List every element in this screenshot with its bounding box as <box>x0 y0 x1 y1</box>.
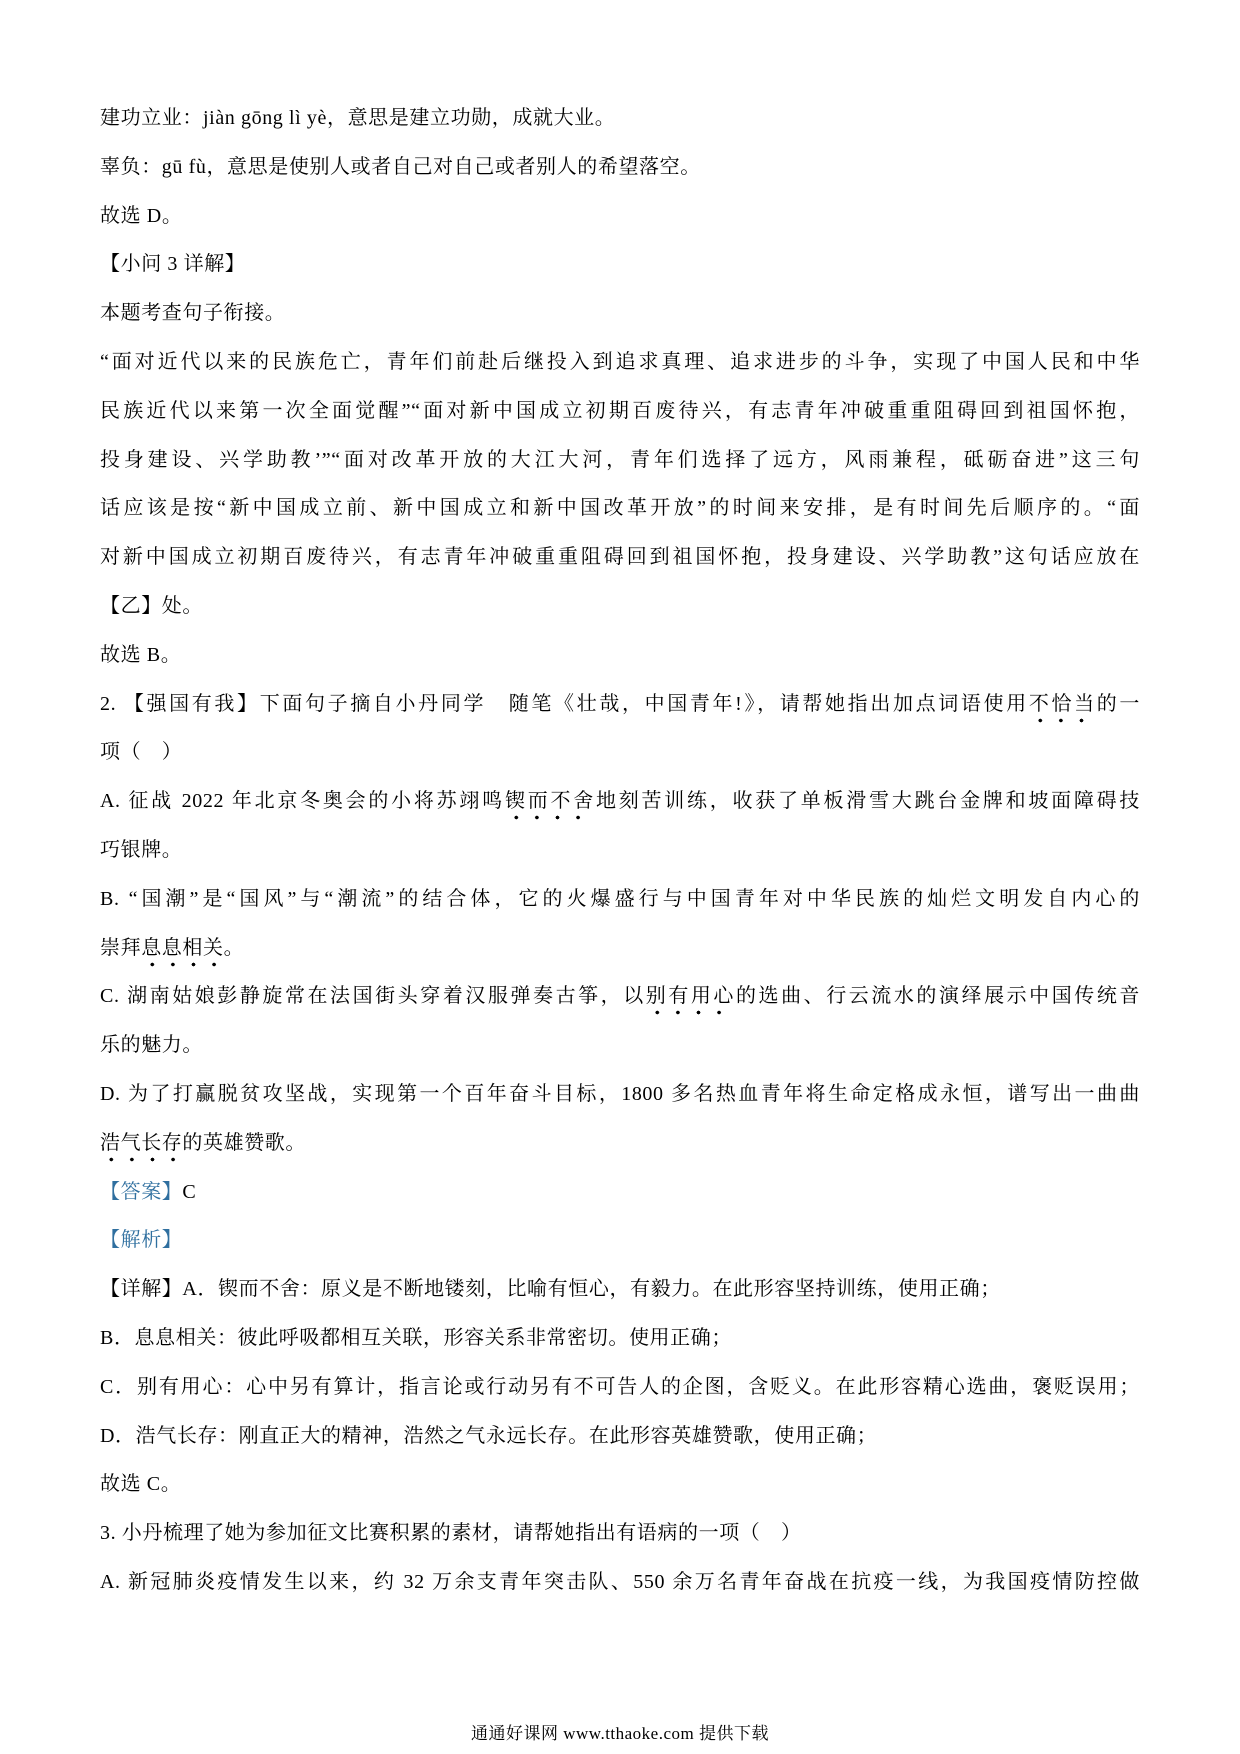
emphasized-text: 锲而不舍 <box>505 790 596 821</box>
text-segment: “面对近代以来的民族危亡，青年们前赴后继投入到追求真理、追求进步的斗争，实现了中… <box>100 351 1140 373</box>
text-line: D. 为了打赢脱贫攻坚战，实现第一个百年奋斗目标，1800 多名热血青年将生命定… <box>100 1070 1140 1119</box>
text-line: 对新中国成立初期百废待兴，有志青年冲破重重阻碍回到祖国怀抱，投身建设、兴学助教”… <box>100 533 1140 582</box>
text-line: 3. 小丹梳理了她为参加征文比赛积累的素材，请帮她指出有语病的一项（ ） <box>100 1509 1140 1558</box>
text-line: 崇拜息息相关。 <box>100 924 1140 973</box>
text-segment: 的选曲、行云流水的演绎展示中国传统音 <box>736 985 1140 1007</box>
text-segment: 地刻苦训练，收获了单板滑雪大跳台金牌和坡面障碍技 <box>596 790 1140 812</box>
text-line: 故选 C。 <box>100 1460 1140 1509</box>
text-line: 投身建设、兴学助教’”“面对改革开放的大江大河，青年们选择了远方，风雨兼程，砥砺… <box>100 436 1140 485</box>
text-segment: 话应该是按“新中国成立前、新中国成立和新中国改革开放”的时间来安排，是有时间先后… <box>100 497 1140 519</box>
text-segment: B．息息相关：彼此呼吸都相互关联，形容关系非常密切。使用正确； <box>100 1327 732 1349</box>
text-segment: C．别有用心：心中另有算计，指言论或行动另有不可告人的企图，含贬义。在此形容精心… <box>100 1376 1140 1398</box>
text-segment: 崇拜 <box>100 937 141 959</box>
text-line: 乐的魅力。 <box>100 1021 1140 1070</box>
text-segment: 故选 D。 <box>100 205 182 227</box>
text-segment: A. 征战 2022 年北京冬奥会的小将苏翊鸣 <box>100 790 505 812</box>
text-segment: 故选 C。 <box>100 1473 181 1495</box>
text-line: 本题考查句子衔接。 <box>100 289 1140 338</box>
text-segment: 【详解】A．锲而不舍：原义是不断地镂刻，比喻有恒心，有毅力。在此形容坚持训练，使… <box>100 1278 1001 1300</box>
text-segment: 【乙】处。 <box>100 595 203 617</box>
emphasized-text: 浩气长存 <box>100 1132 182 1163</box>
text-line: 【答案】C <box>100 1168 1140 1217</box>
text-segment: 【答案】 <box>100 1181 182 1203</box>
emphasized-text: 别有用心 <box>646 985 736 1016</box>
text-line: A. 新冠肺炎疫情发生以来，约 32 万余支青年突击队、550 余万名青年奋战在… <box>100 1558 1140 1607</box>
text-segment: 建功立业：jiàn gōng lì yè，意思是建立功勋，成就大业。 <box>100 107 615 129</box>
text-segment: 巧银牌。 <box>100 839 182 861</box>
text-segment: 投身建设、兴学助教’”“面对改革开放的大江大河，青年们选择了远方，风雨兼程，砥砺… <box>100 449 1140 471</box>
footer-watermark-text: 通通好课网 www.tthaoke.com 提供下载 <box>471 1724 769 1743</box>
text-segment: 乐的魅力。 <box>100 1034 203 1056</box>
text-segment: 民族近代以来第一次全面觉醒”“面对新中国成立初期百废待兴，有志青年冲破重重阻碍回… <box>100 400 1140 422</box>
text-line: 浩气长存的英雄赞歌。 <box>100 1119 1140 1168</box>
text-line: 民族近代以来第一次全面觉醒”“面对新中国成立初期百废待兴，有志青年冲破重重阻碍回… <box>100 387 1140 436</box>
text-segment: 对新中国成立初期百废待兴，有志青年冲破重重阻碍回到祖国怀抱，投身建设、兴学助教”… <box>100 546 1140 568</box>
text-segment: 的英雄赞歌。 <box>182 1132 306 1154</box>
text-segment: 故选 B。 <box>100 644 181 666</box>
text-segment: C. 湖南姑娘彭静旋常在法国街头穿着汉服弹奏古筝，以 <box>100 985 646 1007</box>
text-segment: A. 新冠肺炎疫情发生以来，约 32 万余支青年突击队、550 余万名青年奋战在… <box>100 1571 1140 1593</box>
text-segment: 2. 【强国有我】下面句子摘自小丹同学 随笔《壮哉，中国青年!》，请帮她指出加点… <box>100 693 1029 715</box>
text-segment: 。 <box>224 937 245 959</box>
document-body: 建功立业：jiàn gōng lì yè，意思是建立功勋，成就大业。辜负：gū … <box>100 94 1140 1607</box>
text-line: 【详解】A．锲而不舍：原义是不断地镂刻，比喻有恒心，有毅力。在此形容坚持训练，使… <box>100 1265 1140 1314</box>
text-line: B．息息相关：彼此呼吸都相互关联，形容关系非常密切。使用正确； <box>100 1314 1140 1363</box>
text-segment: 本题考查句子衔接。 <box>100 302 285 324</box>
document-page: 建功立业：jiàn gōng lì yè，意思是建立功勋，成就大业。辜负：gū … <box>0 0 1240 1754</box>
text-line: D．浩气长存：刚直正大的精神，浩然之气永远长存。在此形容英雄赞歌，使用正确； <box>100 1412 1140 1461</box>
text-line: 【乙】处。 <box>100 582 1140 631</box>
text-segment: 【小问 3 详解】 <box>100 253 245 275</box>
text-segment: 项（ ） <box>100 741 182 763</box>
text-segment: D. 为了打赢脱贫攻坚战，实现第一个百年奋斗目标，1800 多名热血青年将生命定… <box>100 1083 1140 1105</box>
text-segment: B. “国潮”是“国风”与“潮流”的结合体，它的火爆盛行与中国青年对中华民族的灿… <box>100 888 1140 910</box>
text-line: C．别有用心：心中另有算计，指言论或行动另有不可告人的企图，含贬义。在此形容精心… <box>100 1363 1140 1412</box>
text-segment: C <box>182 1181 196 1203</box>
text-segment: 3. 小丹梳理了她为参加征文比赛积累的素材，请帮她指出有语病的一项（ ） <box>100 1522 802 1544</box>
text-line: 故选 D。 <box>100 192 1140 241</box>
text-segment: 的一 <box>1097 693 1140 715</box>
text-segment: 辜负：gū fù，意思是使别人或者自己对自己或者别人的希望落空。 <box>100 156 701 178</box>
text-line: 故选 B。 <box>100 631 1140 680</box>
text-segment: 【解析】 <box>100 1229 182 1251</box>
text-line: “面对近代以来的民族危亡，青年们前赴后继投入到追求真理、追求进步的斗争，实现了中… <box>100 338 1140 387</box>
text-line: 2. 【强国有我】下面句子摘自小丹同学 随笔《壮哉，中国青年!》，请帮她指出加点… <box>100 680 1140 729</box>
text-segment: D．浩气长存：刚直正大的精神，浩然之气永远长存。在此形容英雄赞歌，使用正确； <box>100 1425 877 1447</box>
text-line: 巧银牌。 <box>100 826 1140 875</box>
text-line: 【解析】 <box>100 1216 1140 1265</box>
text-line: 【小问 3 详解】 <box>100 240 1140 289</box>
text-line: 辜负：gū fù，意思是使别人或者自己对自己或者别人的希望落空。 <box>100 143 1140 192</box>
emphasized-text: 不恰当 <box>1029 693 1097 724</box>
text-line: 建功立业：jiàn gōng lì yè，意思是建立功勋，成就大业。 <box>100 94 1140 143</box>
text-line: A. 征战 2022 年北京冬奥会的小将苏翊鸣锲而不舍地刻苦训练，收获了单板滑雪… <box>100 777 1140 826</box>
text-line: C. 湖南姑娘彭静旋常在法国街头穿着汉服弹奏古筝，以别有用心的选曲、行云流水的演… <box>100 972 1140 1021</box>
text-line: 项（ ） <box>100 728 1140 777</box>
emphasized-text: 息息相关 <box>141 937 223 968</box>
text-line: B. “国潮”是“国风”与“潮流”的结合体，它的火爆盛行与中国青年对中华民族的灿… <box>100 875 1140 924</box>
page-footer: 通通好课网 www.tthaoke.com 提供下载 <box>0 1719 1240 1744</box>
text-line: 话应该是按“新中国成立前、新中国成立和新中国改革开放”的时间来安排，是有时间先后… <box>100 484 1140 533</box>
